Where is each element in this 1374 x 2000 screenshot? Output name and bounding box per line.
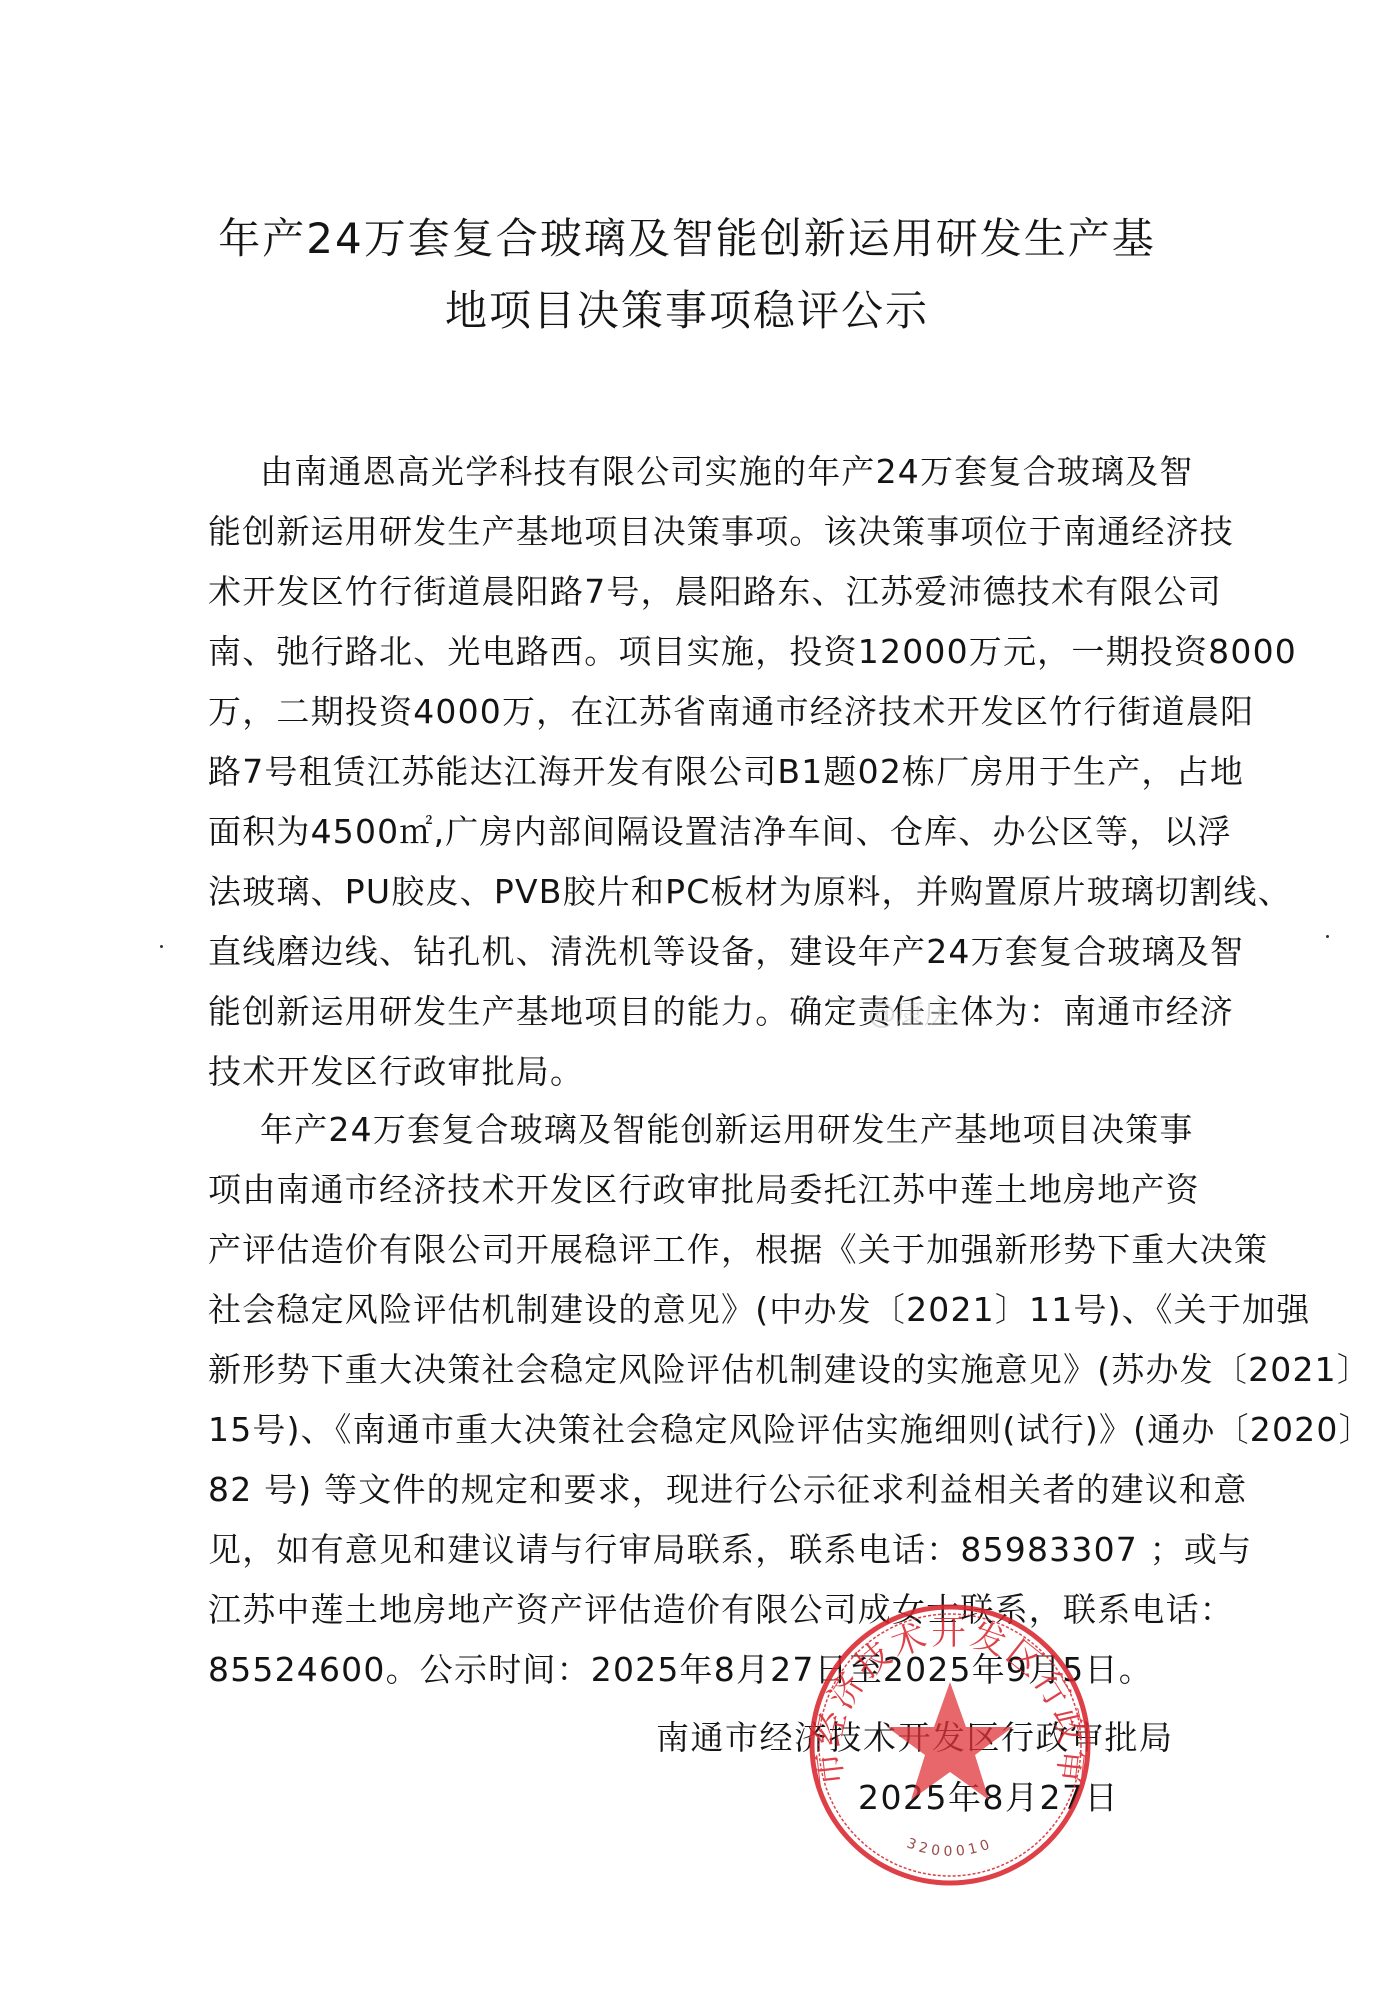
paragraph-line: 82 号) 等文件的规定和要求，现进行公示征求利益相关者的建议和意 — [208, 1470, 1158, 1510]
paragraph-line: 见，如有意见和建议请与行审局联系，联系电话：85983307 ；或与 — [208, 1530, 1158, 1570]
watermark: @康庆 — [868, 992, 952, 1032]
document-page: 年产24万套复合玻璃及智能创新运用研发生产基 地项目决策事项稳评公示 由南通恩高… — [0, 0, 1374, 2000]
paragraph-line: 江苏中莲土地房地产资产评估造价有限公司成女士联系，联系电话： — [208, 1590, 1158, 1630]
signature-date: 2025年8月27日 — [858, 1778, 1119, 1818]
paragraph-line: 社会稳定风险评估机制建设的意见》(中办发〔2021〕11号)、《关于加强 — [208, 1290, 1158, 1330]
paragraph-line: 年产24万套复合玻璃及智能创新运用研发生产基地项目决策事 — [260, 1110, 1158, 1150]
paragraph-line: 能创新运用研发生产基地项目决策事项。该决策事项位于南通经济技 — [208, 512, 1158, 552]
paragraph-line: 新形势下重大决策社会稳定风险评估机制建设的实施意见》(苏办发〔2021〕 — [208, 1350, 1158, 1390]
signature-organization: 南通市经济技术开发区行政审批局 — [656, 1718, 1174, 1758]
paragraph-line: 路7号租赁江苏能达江海开发有限公司B1题02栋厂房用于生产，占地 — [208, 752, 1158, 792]
paragraph-line: 南、弛行路北、光电路西。项目实施，投资12000万元，一期投资8000 — [208, 632, 1158, 672]
paragraph-line: 万，二期投资4000万，在江苏省南通市经济技术开发区竹行街道晨阳 — [208, 692, 1158, 732]
paragraph-line: 技术开发区行政审批局。 — [208, 1052, 1158, 1092]
paragraph-line: 15号)、《南通市重大决策社会稳定风险评估实施细则(试行)》(通办〔2020〕 — [208, 1410, 1158, 1450]
svg-text:3200010: 3200010 — [905, 1836, 996, 1860]
scan-speck — [160, 945, 163, 948]
document-title-line-1: 年产24万套复合玻璃及智能创新运用研发生产基 — [0, 218, 1374, 260]
paragraph-line: 术开发区竹行街道晨阳路7号，晨阳路东、江苏爱沛德技术有限公司 — [208, 572, 1158, 612]
scan-speck — [1326, 935, 1329, 938]
paragraph-line: 能创新运用研发生产基地项目的能力。确定责任主体为：南通市经济 — [208, 992, 1158, 1032]
document-title-line-2: 地项目决策事项稳评公示 — [0, 290, 1374, 332]
paragraph-line: 直线磨边线、钻孔机、清洗机等设备，建设年产24万套复合玻璃及智 — [208, 932, 1158, 972]
paragraph-line: 法玻璃、PU胶皮、PVB胶片和PC板材为原料，并购置原片玻璃切割线、 — [208, 872, 1158, 912]
stamp-code-text: 3200010 — [905, 1836, 996, 1860]
paragraph-line: 由南通恩高光学科技有限公司实施的年产24万套复合玻璃及智 — [260, 452, 1158, 492]
paragraph-line: 面积为4500㎡,广房内部间隔设置洁净车间、仓库、办公区等，以浮 — [208, 812, 1158, 852]
paragraph-line: 85524600。公示时间：2025年8月27日至2025年9月5日。 — [208, 1650, 1158, 1690]
paragraph-line: 项由南通市经济技术开发区行政审批局委托江苏中莲土地房地产资 — [208, 1170, 1158, 1210]
paragraph-line: 产评估造价有限公司开展稳评工作，根据《关于加强新形势下重大决策 — [208, 1230, 1158, 1270]
